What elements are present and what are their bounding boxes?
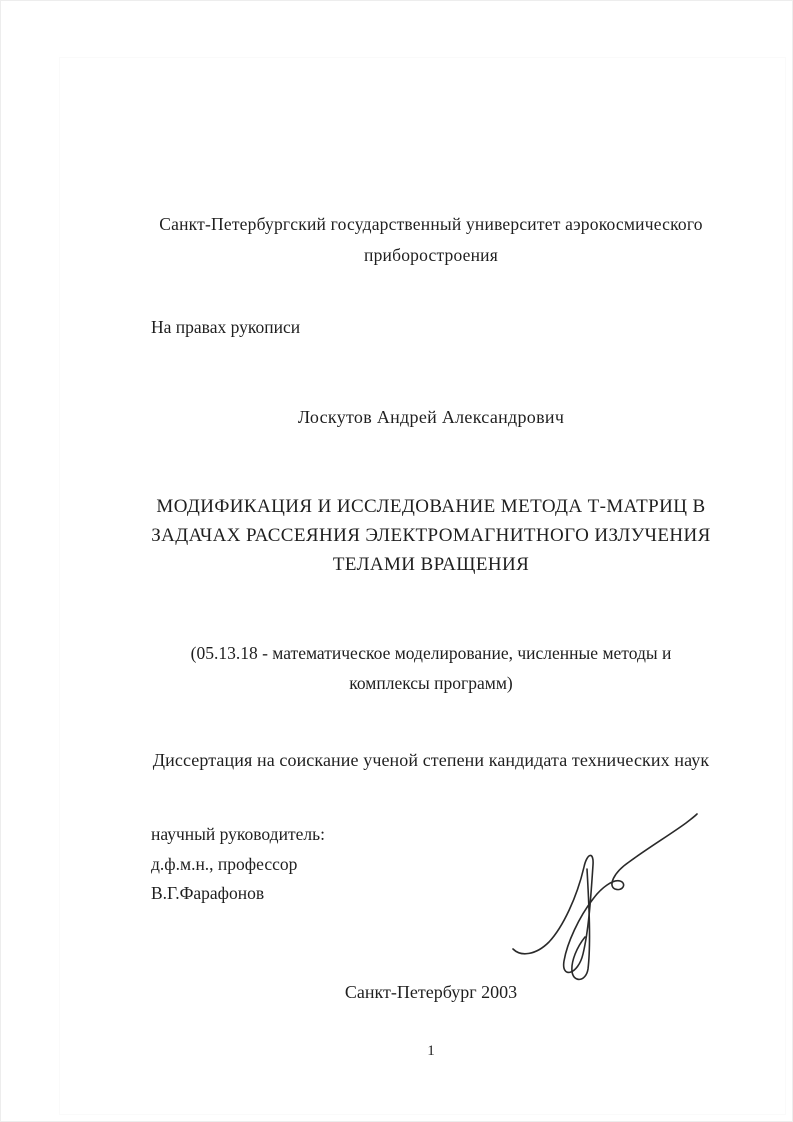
university-name: Санкт-Петербургский государственный унив… (68, 209, 793, 271)
specialty-line-2: комплексы программ) (68, 668, 793, 698)
university-line-2: приборостроения (68, 240, 793, 271)
specialty-code: (05.13.18 - математическое моделирование… (68, 638, 793, 698)
specialty-line-1: (05.13.18 - математическое моделирование… (68, 638, 793, 668)
title-line-1: МОДИФИКАЦИЯ И ИССЛЕДОВАНИЕ МЕТОДА Т-МАТР… (68, 492, 793, 521)
university-line-1: Санкт-Петербургский государственный унив… (68, 209, 793, 240)
manuscript-rights-note: На правах рукописи (68, 317, 793, 338)
title-line-3: ТЕЛАМИ ВРАЩЕНИЯ (68, 550, 793, 579)
page-content: Санкт-Петербургский государственный унив… (68, 1, 793, 1121)
signature (501, 799, 711, 984)
document-page: Санкт-Петербургский государственный унив… (0, 0, 793, 1122)
author-name: Лоскутов Андрей Александрович (68, 407, 793, 428)
title-line-2: ЗАДАЧАХ РАССЕЯНИЯ ЭЛЕКТРОМАГНИТНОГО ИЗЛУ… (68, 521, 793, 550)
page-number: 1 (68, 1043, 793, 1060)
dissertation-title: МОДИФИКАЦИЯ И ИССЛЕДОВАНИЕ МЕТОДА Т-МАТР… (68, 492, 793, 579)
city-and-year: Санкт-Петербург 2003 (68, 982, 793, 1003)
degree-statement: Диссертация на соискание ученой степени … (68, 750, 793, 771)
signature-icon (501, 799, 711, 984)
